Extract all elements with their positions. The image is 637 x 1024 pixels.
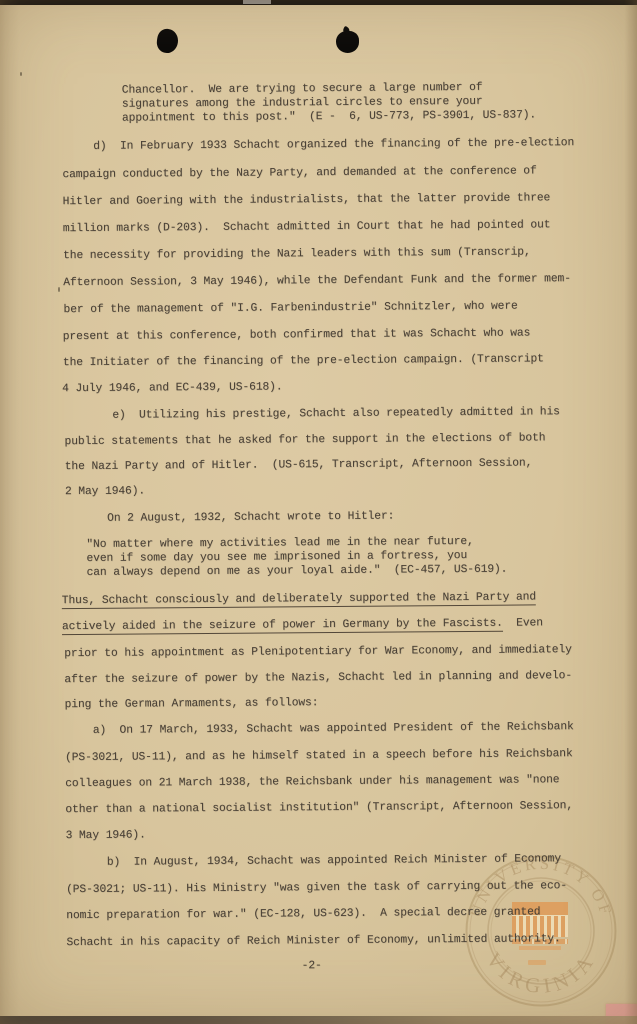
para-a-line: a) On 17 March, 1933, Schacht was appoin… [93,720,574,738]
para-thus-line: prior to his appointment as Plenipotenti… [64,643,572,661]
para-e-line: 2 May 1946). [65,485,145,500]
para-a-line: colleagues on 21 March 1938, the Reichsb… [65,773,559,791]
para-e-line: the Nazi Party and of Hitler. (US-615, T… [65,456,533,474]
para-thus-line: ping the German Armaments, as follows: [65,696,319,712]
para-a-line: 3 May 1946). [66,829,146,844]
para-a-line: other than a national socialist institut… [65,799,573,817]
para-d-line: present at this conference, both confirm… [63,326,531,344]
para-e-line: e) Utilizing his prestige, Schacht also … [112,405,560,423]
underlined-line: actively aided in the seizure of power i… [62,616,543,634]
intro-line: On 2 August, 1932, Schacht wrote to Hitl… [107,510,394,526]
para-b-line: (PS-3021; US-11). His Ministry "was give… [66,879,567,897]
para-d-line: million marks (D-203). Schacht admitted … [63,218,551,236]
quote1-line: appointment to this post." (E - 6, US-77… [122,108,536,125]
quote2-line: can always depend on me as your loyal ai… [87,563,508,580]
para-d-line: campaign conducted by the Nazy Party, an… [62,164,536,182]
para-a-line: (PS-3021, US-11), and as he himself stat… [65,747,573,765]
para-d-line: 4 July 1946, and EC-439, US-618). [62,380,283,396]
para-d-line: the Initiater of the financing of the pr… [63,352,544,370]
para-e-line: public statements that he asked for the … [64,431,545,449]
para-d-line: ber of the management of "I.G. Farbenind… [63,300,517,318]
document-text: Chancellor. We are trying to secure a la… [0,0,637,1024]
page-number: -2- [302,959,322,973]
para-d-line: Afternoon Session, 3 May 1946), while th… [63,272,571,290]
para-b-line: nomic preparation for war." (EC-128, US-… [66,905,540,923]
para-d-line: Hitler and Goering with the industrialis… [63,191,551,209]
para-thus-line: after the seizure of power by the Nazis,… [64,669,572,687]
para-b-line: b) In August, 1934, Schacht was appointe… [107,852,561,870]
scan-bottom-edge [0,1016,637,1024]
para-d-line: d) In February 1933 Schacht organized th… [93,136,574,154]
para-b-line: Schacht in his capacity of Reich Ministe… [66,932,560,950]
para-d-line: the necessity for providing the Nazi lea… [63,245,531,263]
underlined-text: actively aided in the seizure of power i… [62,618,503,635]
underlined-line: Thus, Schacht consciously and deliberate… [62,590,536,608]
underlined-text: Thus, Schacht consciously and deliberate… [62,591,536,609]
after-underline-text: Even [503,617,543,629]
